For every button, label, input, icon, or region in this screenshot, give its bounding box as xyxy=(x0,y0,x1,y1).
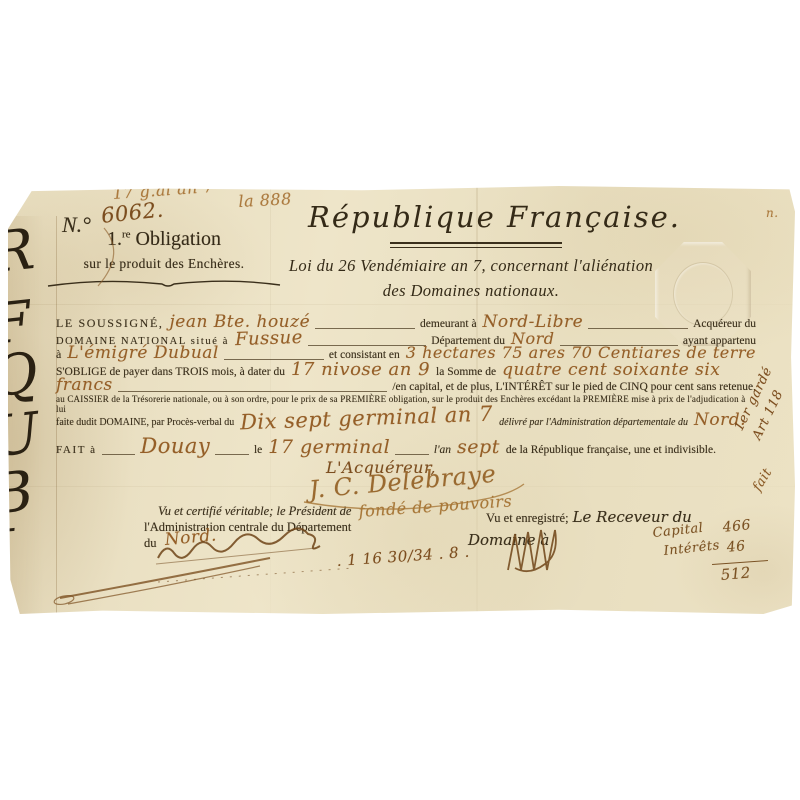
fill-line xyxy=(102,452,136,455)
margin-diagonal-note: fait xyxy=(750,466,775,494)
law-line-1: Loi du 26 Vendémiaire an 7, concernant l… xyxy=(246,256,696,276)
body-text: faite dudit DOMAINE, par Procès-verbal d… xyxy=(56,417,234,428)
fait-text: le xyxy=(254,444,262,456)
fill-line xyxy=(395,452,429,455)
francs-handwritten: francs xyxy=(56,375,113,395)
fait-label: FAIT à xyxy=(56,444,97,456)
certify-department-handwritten: Nord. xyxy=(164,525,218,549)
corner-note: n. xyxy=(766,206,779,220)
fill-line xyxy=(215,452,249,455)
place-made-handwritten: Douay xyxy=(140,434,210,458)
certify-line-1: Vu et certifié véritable; le Président d… xyxy=(158,504,351,519)
year-made-handwritten: sept xyxy=(457,436,500,458)
counterfoil-letter: B xyxy=(8,464,36,524)
obligation-number: 1. xyxy=(107,228,122,250)
top-registration-note-2: la 888 xyxy=(238,189,292,211)
proces-verbal-date-handwritten: Dix sept germinal an 7 xyxy=(240,402,494,435)
capital-value-handwritten: 466 xyxy=(722,517,752,536)
title-rule xyxy=(390,242,562,248)
certify-line-3: du xyxy=(144,536,157,551)
counterfoil-letter: J xyxy=(8,523,17,581)
register-printed: Vu et enregistré; xyxy=(486,511,569,525)
interest-value-handwritten: 46 xyxy=(726,538,746,556)
flourish-stroke xyxy=(60,558,270,598)
total-value-handwritten: 512 xyxy=(720,563,752,584)
document-number-value: 6062. xyxy=(100,197,165,227)
date-made-handwritten: 17 germinal xyxy=(268,436,390,458)
obligation-ordinal: re xyxy=(122,228,131,240)
obligation-word: Obligation xyxy=(136,228,222,250)
accounting-note-handwritten: . 1 16 30/34 . 8 . xyxy=(336,543,470,570)
register-line-2: Domaine à xyxy=(468,531,549,549)
body-text: délivré par l'Administration département… xyxy=(499,417,688,428)
page-title: République Française. xyxy=(308,200,653,234)
dotted-rule xyxy=(158,568,353,582)
obligation-title: 1.re Obligation xyxy=(48,228,280,251)
counterfoil-letter: Q xyxy=(8,346,41,406)
counterfoil-letter: U xyxy=(8,406,42,467)
interest-label-handwritten: Intérêts xyxy=(663,538,720,559)
fill-line xyxy=(118,389,388,392)
law-line-2: des Domaines nationaux. xyxy=(246,281,696,301)
counterfoil-letter: R xyxy=(8,222,37,282)
fait-text: l'an xyxy=(434,444,451,456)
body-text: /en capital, et de plus, L'INTÉRÊT sur l… xyxy=(392,381,756,393)
document-sheet: R F Q U B J 17 g.al an 7 la 888 n. N.° 6… xyxy=(8,186,795,614)
fait-text: de la République française, une et indiv… xyxy=(506,444,716,456)
